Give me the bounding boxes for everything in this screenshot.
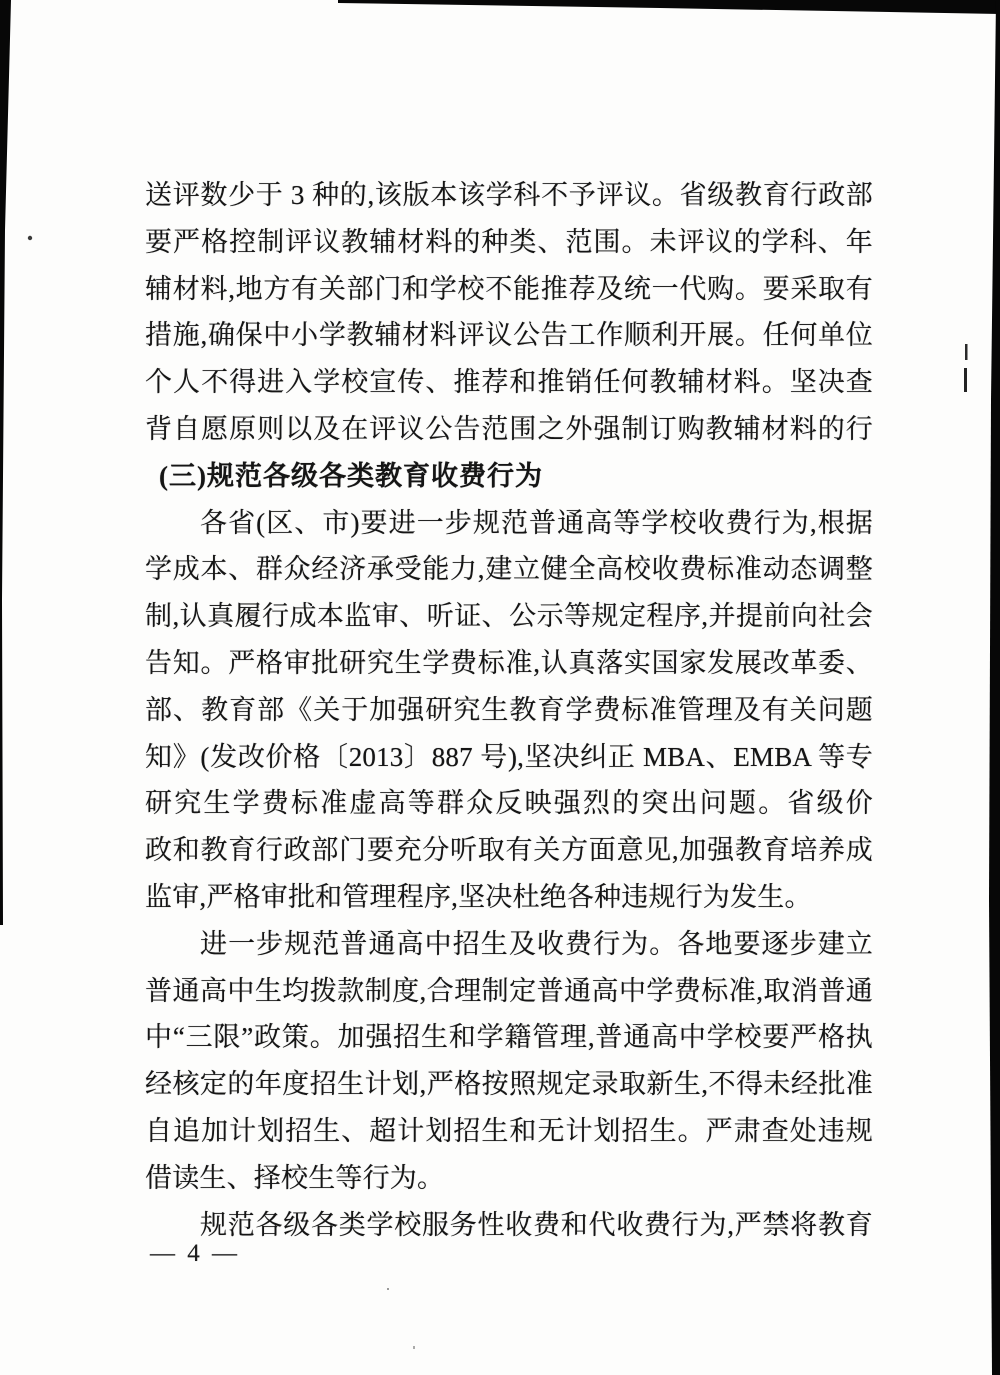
- page-number: — 4 —: [150, 1240, 240, 1268]
- text-line: 自追加计划招生、超计划招生和无计划招生。严肃查处违规招收: [145, 1108, 873, 1155]
- text-line: 措施,确保中小学教辅材料评议公告工作顺利开展。任何单位和: [145, 312, 873, 359]
- text-line: 背自愿原则以及在评议公告范围之外强制订购教辅材料的行为。: [145, 406, 873, 453]
- text-line: 要严格控制评议教辅材料的种类、范围。未评议的学科、年级的教: [145, 219, 873, 266]
- text-line: 中“三限”政策。加强招生和学籍管理,普通高中学校要严格执行: [145, 1014, 873, 1061]
- text-line: 研究生学费标准虚高等群众反映强烈的突出问题。省级价格、财: [145, 780, 873, 827]
- ink-speck: [965, 344, 968, 360]
- document-page: 送评数少于 3 种的,该版本该学科不予评议。省级教育行政部门 要严格控制评议教辅…: [0, 0, 1000, 1375]
- text-line: 告知。严格审批研究生学费标准,认真落实国家发展改革委、财政: [145, 640, 873, 687]
- text-line: 个人不得进入学校宣传、推荐和推销任何教辅材料。坚决查处违: [145, 359, 873, 406]
- ink-speck: [964, 368, 967, 392]
- text-line: 知》(发改价格〔2013〕887 号),坚决纠正 MBA、EMBA 等专业学位: [145, 734, 873, 781]
- scan-edge-right: [989, 0, 1000, 1375]
- text-line: 学成本、群众经济承受能力,建立健全高校收费标准动态调整机: [145, 546, 873, 593]
- text-line: 经核定的年度招生计划,严格按照规定录取新生,不得未经批准擅: [145, 1061, 873, 1108]
- text-line: 普通高中生均拨款制度,合理制定普通高中学费标准,取消普通高: [145, 968, 873, 1015]
- text-line: 各省(区、市)要进一步规范普通高等学校收费行为,根据办: [145, 500, 873, 547]
- text-line: 政和教育行政部门要充分听取有关方面意见,加强教育培养成本: [145, 827, 873, 874]
- ink-speck: [28, 236, 32, 240]
- document-text: 送评数少于 3 种的,该版本该学科不予评议。省级教育行政部门 要严格控制评议教辅…: [145, 172, 873, 1248]
- text-line: 辅材料,地方有关部门和学校不能推荐及统一代购。要采取有效: [145, 266, 873, 313]
- ink-speck: [387, 1288, 389, 1290]
- text-line: 制,认真履行成本监审、听证、公示等规定程序,并提前向社会广泛: [145, 593, 873, 640]
- scan-edge-left: [0, 0, 11, 925]
- text-line: 借读生、择校生等行为。: [145, 1155, 873, 1202]
- scan-edge-top: [338, 0, 1000, 14]
- text-line: 部、教育部《关于加强研究生教育学费标准管理及有关问题的通: [145, 687, 873, 734]
- text-line: 送评数少于 3 种的,该版本该学科不予评议。省级教育行政部门: [145, 172, 873, 219]
- section-heading: (三)规范各级各类教育收费行为: [145, 453, 873, 500]
- text-line: 进一步规范普通高中招生及收费行为。各地要逐步建立健全: [145, 921, 873, 968]
- ink-speck: [413, 1346, 415, 1349]
- text-line: 监审,严格审批和管理程序,坚决杜绝各种违规行为发生。: [145, 874, 873, 921]
- text-line: 规范各级各类学校服务性收费和代收费行为,严禁将教育教: [145, 1202, 873, 1249]
